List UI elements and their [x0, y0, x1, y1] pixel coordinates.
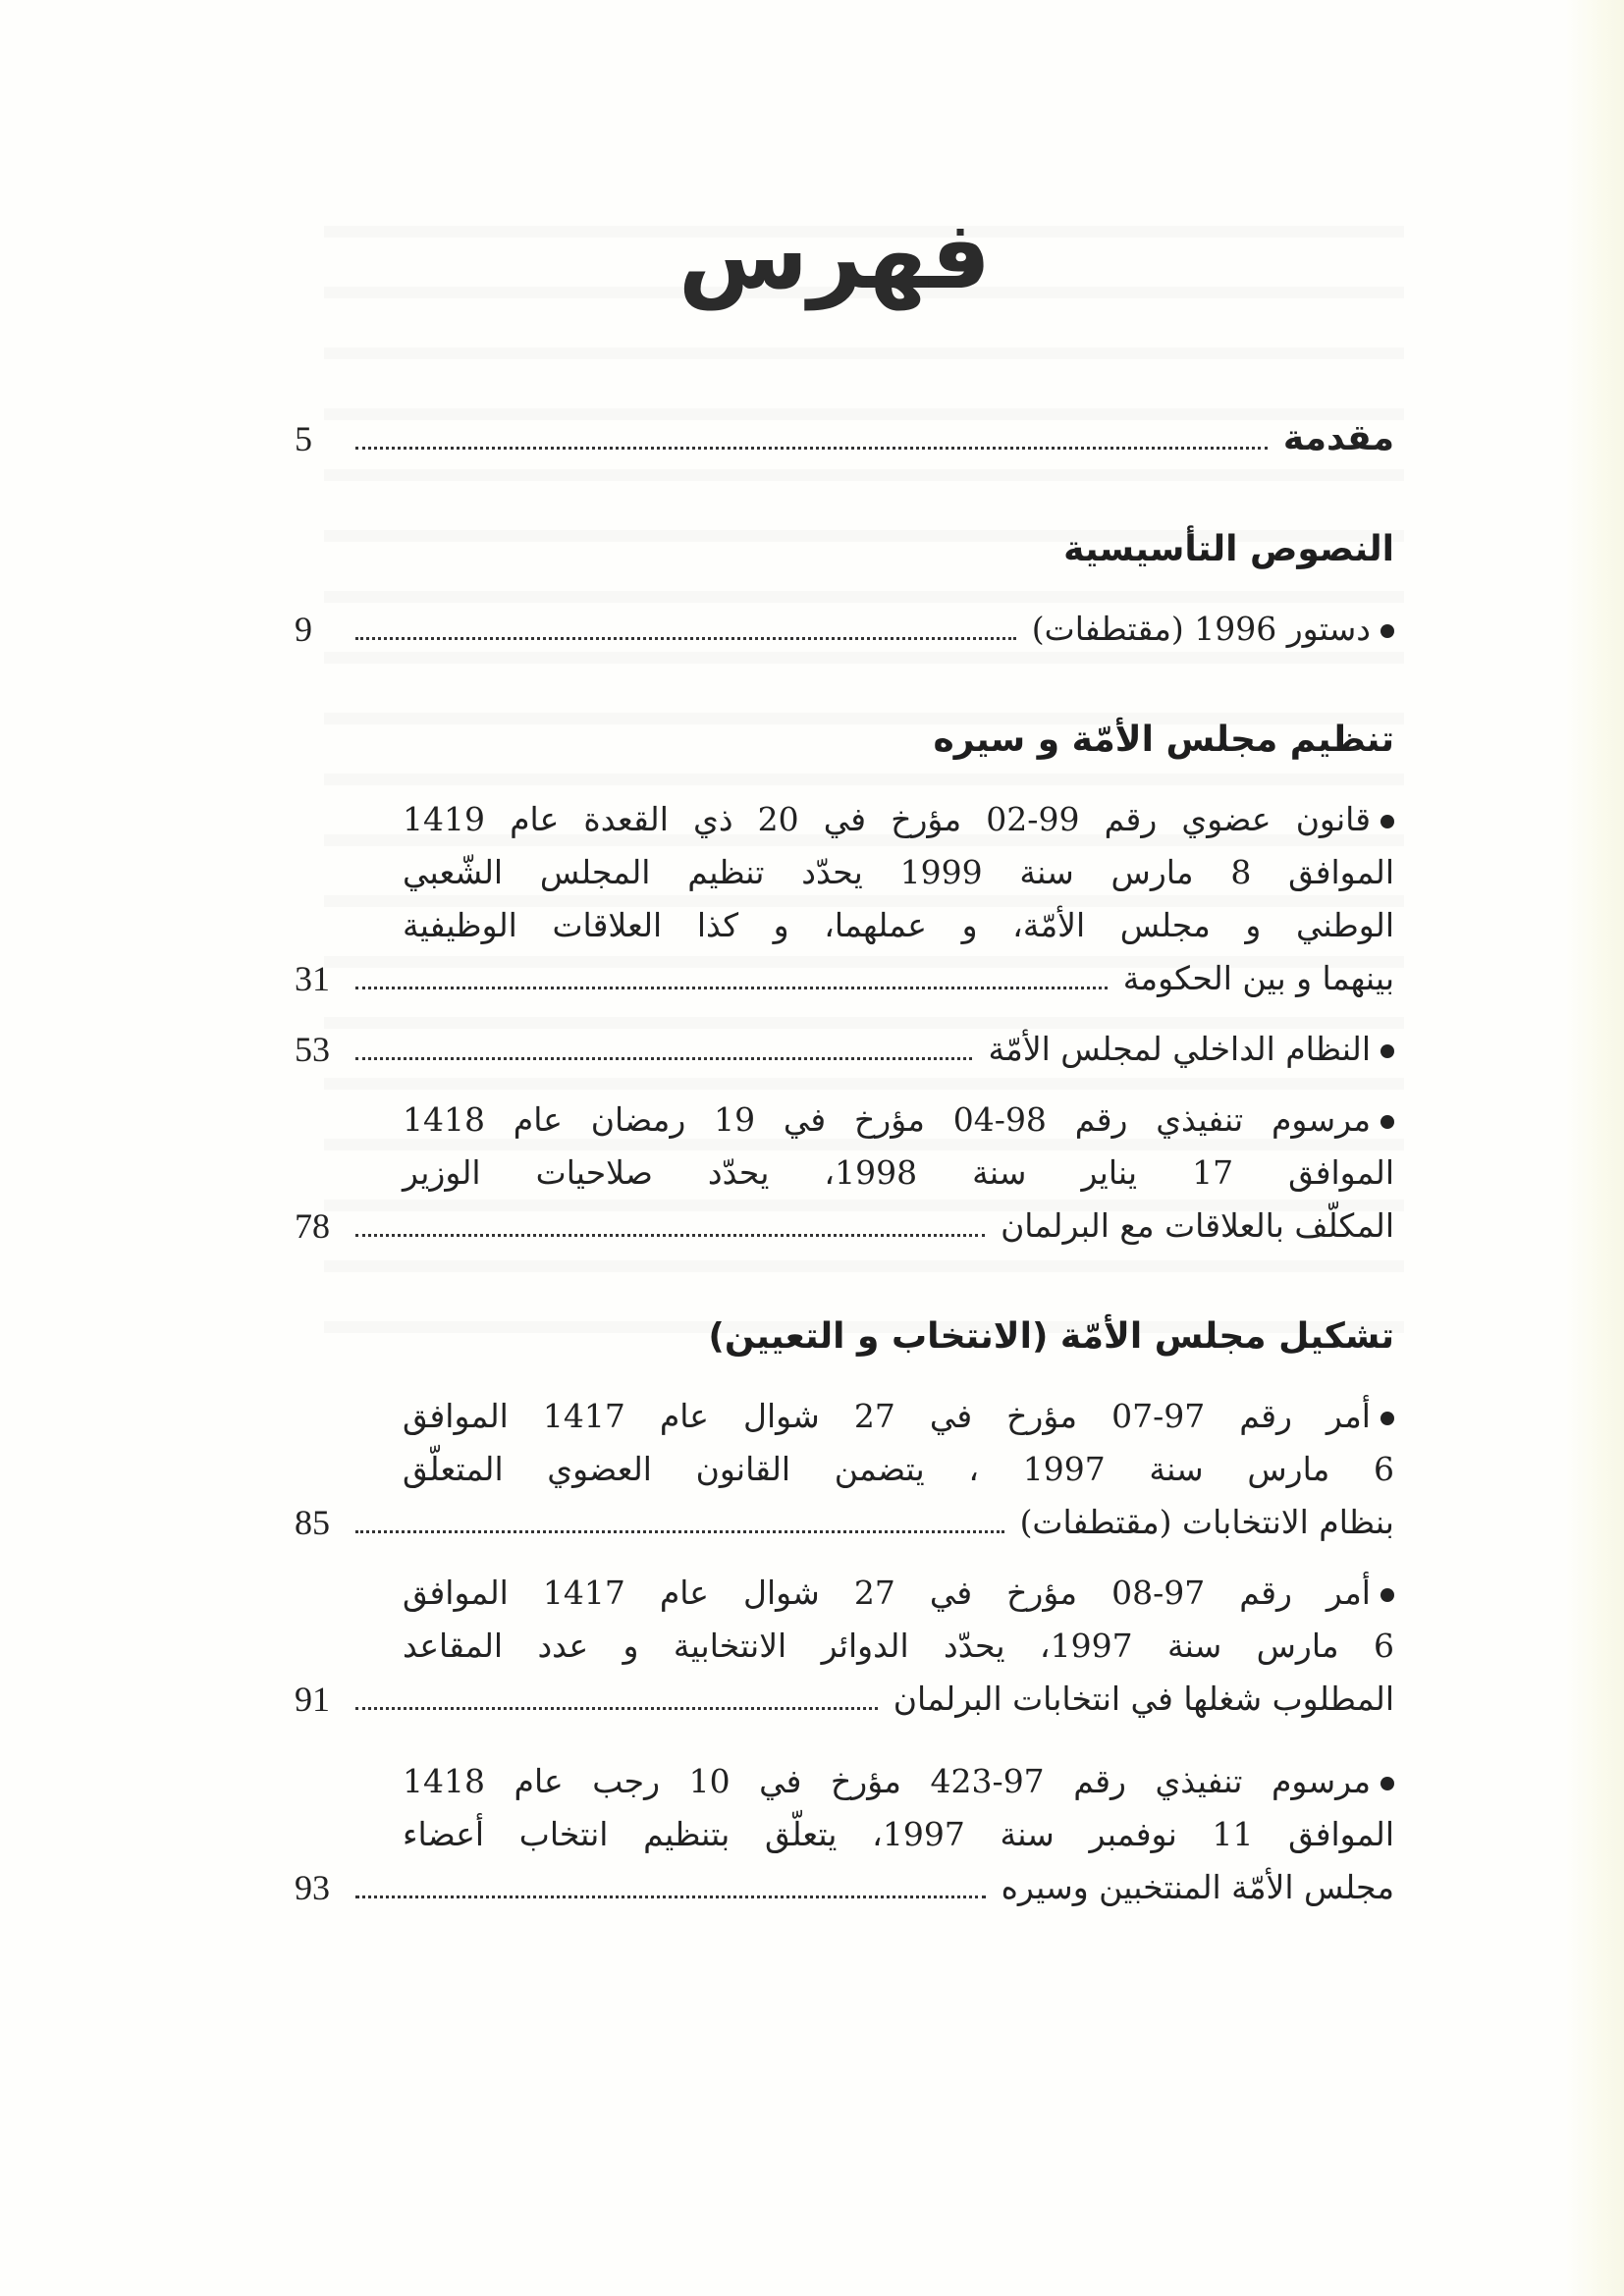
- entry-text: بينهما و بين الحكومة: [1123, 952, 1394, 1005]
- toc-entry[interactable]: دستور 1996 (مقتطفات) 9: [295, 603, 1394, 656]
- toc-entry[interactable]: أمر رقم 97-08 مؤرخ في 27 شوال عام 1417 ا…: [295, 1567, 1394, 1726]
- entry-text: أمر رقم 97-07 مؤرخ في 27 شوال عام 1417 ا…: [403, 1397, 1371, 1435]
- dot-leader: [355, 1530, 1004, 1533]
- toc-entry[interactable]: مرسوم تنفيذي رقم 97-423 مؤرخ في 10 رجب ع…: [295, 1755, 1394, 1914]
- entry-text: دستور 1996 (مقتطفات): [1032, 610, 1371, 648]
- bullet-icon: [1380, 1115, 1394, 1129]
- entry-text: المكلّف بالعلاقات مع البرلمان: [1001, 1200, 1394, 1253]
- entry-text: مجلس الأمّة المنتخبين وسيره: [1001, 1861, 1394, 1914]
- entry-text: النظام الداخلي لمجلس الأمّة: [988, 1030, 1371, 1068]
- entry-text: بنظام الانتخابات (مقتطفات): [1020, 1496, 1394, 1549]
- dot-leader: [355, 1896, 986, 1898]
- entry-text: 6 مارس سنة 1997، يحدّد الدوائر الانتخابي…: [403, 1620, 1394, 1673]
- bullet-icon: [1380, 1044, 1394, 1058]
- entry-text: الموافق 11 نوفمبر سنة 1997، يتعلّق بتنظي…: [403, 1808, 1394, 1861]
- entry-text: قانون عضوي رقم 99-02 مؤرخ في 20 ذي القعد…: [403, 800, 1371, 838]
- toc-entry-last-line: المطلوب شغلها في انتخابات البرلمان 91: [295, 1673, 1394, 1726]
- entry-text: أمر رقم 97-08 مؤرخ في 27 شوال عام 1417 ا…: [403, 1574, 1371, 1612]
- bullet-icon: [1380, 1588, 1394, 1602]
- page-number: 93: [295, 1861, 342, 1914]
- dot-leader: [355, 987, 1108, 989]
- toc-entry-last-line: بنظام الانتخابات (مقتطفات) 85: [295, 1496, 1394, 1549]
- entry-text: 6 مارس سنة 1997 ، يتضمن القانون العضوي ا…: [403, 1443, 1394, 1496]
- page-title: فهرس: [609, 201, 1060, 309]
- page-number: 9: [295, 603, 342, 656]
- toc-intro-row[interactable]: مقدمة 5: [295, 412, 1394, 465]
- toc-entry-last-line: مجلس الأمّة المنتخبين وسيره 93: [295, 1861, 1394, 1914]
- toc-entry[interactable]: النظام الداخلي لمجلس الأمّة 53: [295, 1023, 1394, 1076]
- toc-entry-last-line: النظام الداخلي لمجلس الأمّة 53: [295, 1023, 1394, 1076]
- toc-entry-last-line: دستور 1996 (مقتطفات) 9: [295, 603, 1394, 656]
- dot-leader: [355, 447, 1268, 450]
- table-of-contents: مقدمة 5 النصوص التأسيسية دستور 1996 (مقت…: [295, 412, 1394, 1932]
- toc-entry-last-line: المكلّف بالعلاقات مع البرلمان 78: [295, 1200, 1394, 1253]
- bullet-icon: [1380, 1777, 1394, 1790]
- entry-text: الموافق 8 مارس سنة 1999 يحدّد تنظيم المج…: [403, 846, 1394, 899]
- toc-entry-last-line: بينهما و بين الحكومة 31: [295, 952, 1394, 1005]
- section-heading: تشكيل مجلس الأمّة (الانتخاب و التعيين): [295, 1309, 1394, 1364]
- dot-leader: [355, 1234, 985, 1237]
- entry-text: مرسوم تنفيذي رقم 98-04 مؤرخ في 19 رمضان …: [403, 1100, 1371, 1139]
- page-edge-shadow: [1565, 0, 1624, 2296]
- toc-entry[interactable]: مرسوم تنفيذي رقم 98-04 مؤرخ في 19 رمضان …: [295, 1094, 1394, 1253]
- dot-leader: [355, 1057, 972, 1060]
- page-number: 53: [295, 1023, 342, 1076]
- section-heading: تنظيم مجلس الأمّة و سيره: [295, 713, 1394, 768]
- bullet-icon: [1380, 1412, 1394, 1425]
- page-number: 78: [295, 1200, 342, 1253]
- entry-text: المطلوب شغلها في انتخابات البرلمان: [893, 1673, 1394, 1726]
- toc-entry[interactable]: أمر رقم 97-07 مؤرخ في 27 شوال عام 1417 ا…: [295, 1390, 1394, 1549]
- toc-entry[interactable]: قانون عضوي رقم 99-02 مؤرخ في 20 ذي القعد…: [295, 793, 1394, 1005]
- dot-leader: [355, 637, 1016, 640]
- page-number: 85: [295, 1496, 342, 1549]
- page-number: 91: [295, 1673, 342, 1726]
- bullet-icon: [1380, 624, 1394, 638]
- entry-text: الموافق 17 يناير سنة 1998، يحدّد صلاحيات…: [403, 1147, 1394, 1200]
- page-number: 5: [295, 412, 342, 465]
- page-number: 31: [295, 952, 342, 1005]
- bullet-icon: [1380, 815, 1394, 828]
- dot-leader: [355, 1707, 878, 1710]
- entry-text: مرسوم تنفيذي رقم 97-423 مؤرخ في 10 رجب ع…: [403, 1762, 1371, 1800]
- toc-intro-label: مقدمة: [1283, 412, 1394, 465]
- section-heading: النصوص التأسيسية: [295, 522, 1394, 577]
- entry-text: الوطني و مجلس الأمّة، و عملهما، و كذا ال…: [403, 899, 1394, 952]
